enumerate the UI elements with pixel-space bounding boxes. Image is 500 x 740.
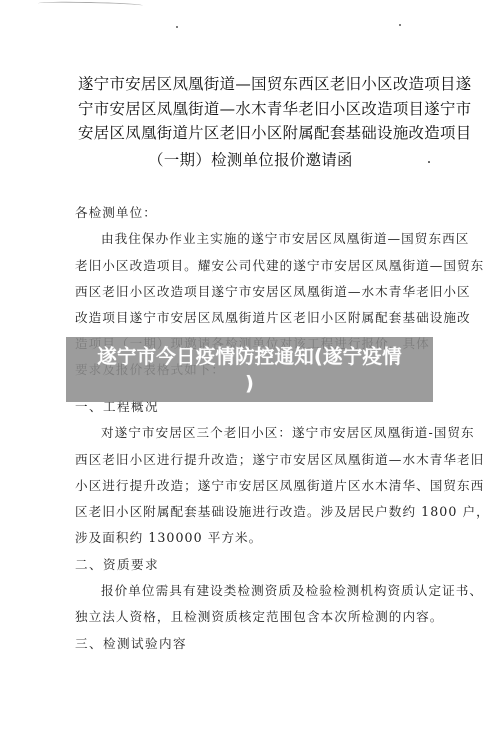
title-line: 宁市安居区凤凰街道—水木青华老旧小区改造项目遂宁市 — [78, 97, 423, 122]
title-line: 遂宁市安居区凤凰街道—国贸东西区老旧小区改造项目遂 — [78, 72, 423, 97]
section-line: 对遂宁市安居区三个老旧小区：遂宁市安居区凤凰街道-国贸东 — [75, 420, 425, 446]
section-line: 报价单位需具有建设类检测资质及检验检测机构资质认定证书、 — [75, 578, 425, 604]
intro-line: 改造项目遂宁市安居区凤凰街道片区老旧小区附属配套基础设施改 — [75, 305, 425, 331]
scan-dot — [399, 24, 401, 26]
section-heading: 二、资质要求 — [75, 552, 425, 578]
document-page: 遂宁市安居区凤凰街道—国贸东西区老旧小区改造项目遂 宁市安居区凤凰街道—水木青华… — [0, 0, 500, 740]
intro-line: 由我住保办作业主实施的遂宁市安居区凤凰街道—国贸东西区 — [75, 226, 425, 252]
section-line: 西区老旧小区进行提升改造；遂宁市安居区凤凰街道—水木青华老旧 — [75, 447, 425, 473]
intro-block: 各检测单位： 由我住保办作业主实施的遂宁市安居区凤凰街道—国贸东西区 老旧小区改… — [75, 200, 425, 331]
scan-artifact — [38, 1, 143, 8]
section-line: 区老旧小区附属配套基础设施进行改造。涉及居民户数约 1800 户， — [75, 499, 425, 525]
scan-dot — [176, 26, 178, 28]
headline-overlay[interactable]: 遂宁市今日疫情防控通知(遂宁疫情 ) — [66, 337, 433, 402]
overlay-headline[interactable]: 遂宁市今日疫情防控通知(遂宁疫情 ) — [72, 343, 427, 397]
intro-line: 西区老旧小区改造项目遂宁市安居区凤凰街道—水木青华老旧小区 — [75, 279, 425, 305]
salutation: 各检测单位： — [75, 200, 425, 226]
section-line: 独立法人资格，且检测资质核定范围包含本次所检测的内容。 — [75, 604, 425, 630]
title-line: （一期）检测单位报价邀请函 — [78, 146, 423, 173]
overlay-headline-line2: ) — [245, 372, 254, 395]
scan-dot — [428, 161, 430, 163]
sections-block: 一、工程概况 对遂宁市安居区三个老旧小区：遂宁市安居区凤凰街道-国贸东 西区老旧… — [75, 394, 425, 657]
section-heading: 三、检测试验内容 — [75, 631, 425, 657]
document-title: 遂宁市安居区凤凰街道—国贸东西区老旧小区改造项目遂 宁市安居区凤凰街道—水木青华… — [78, 72, 423, 172]
title-line: 安居区凤凰街道片区老旧小区附属配套基础设施改造项目 — [78, 121, 423, 146]
section-line: 涉及面积约 130000 平方米。 — [75, 525, 425, 551]
intro-line: 老旧小区改造项目。耀安公司代建的遂宁市安居区凤凰街道—国贸东 — [75, 253, 425, 279]
overlay-headline-line1: 遂宁市今日疫情防控通知(遂宁疫情 — [97, 345, 402, 368]
section-line: 小区进行提升改造；遂宁市安居区凤凰街道片区水木清华、国贸东西 — [75, 473, 425, 499]
